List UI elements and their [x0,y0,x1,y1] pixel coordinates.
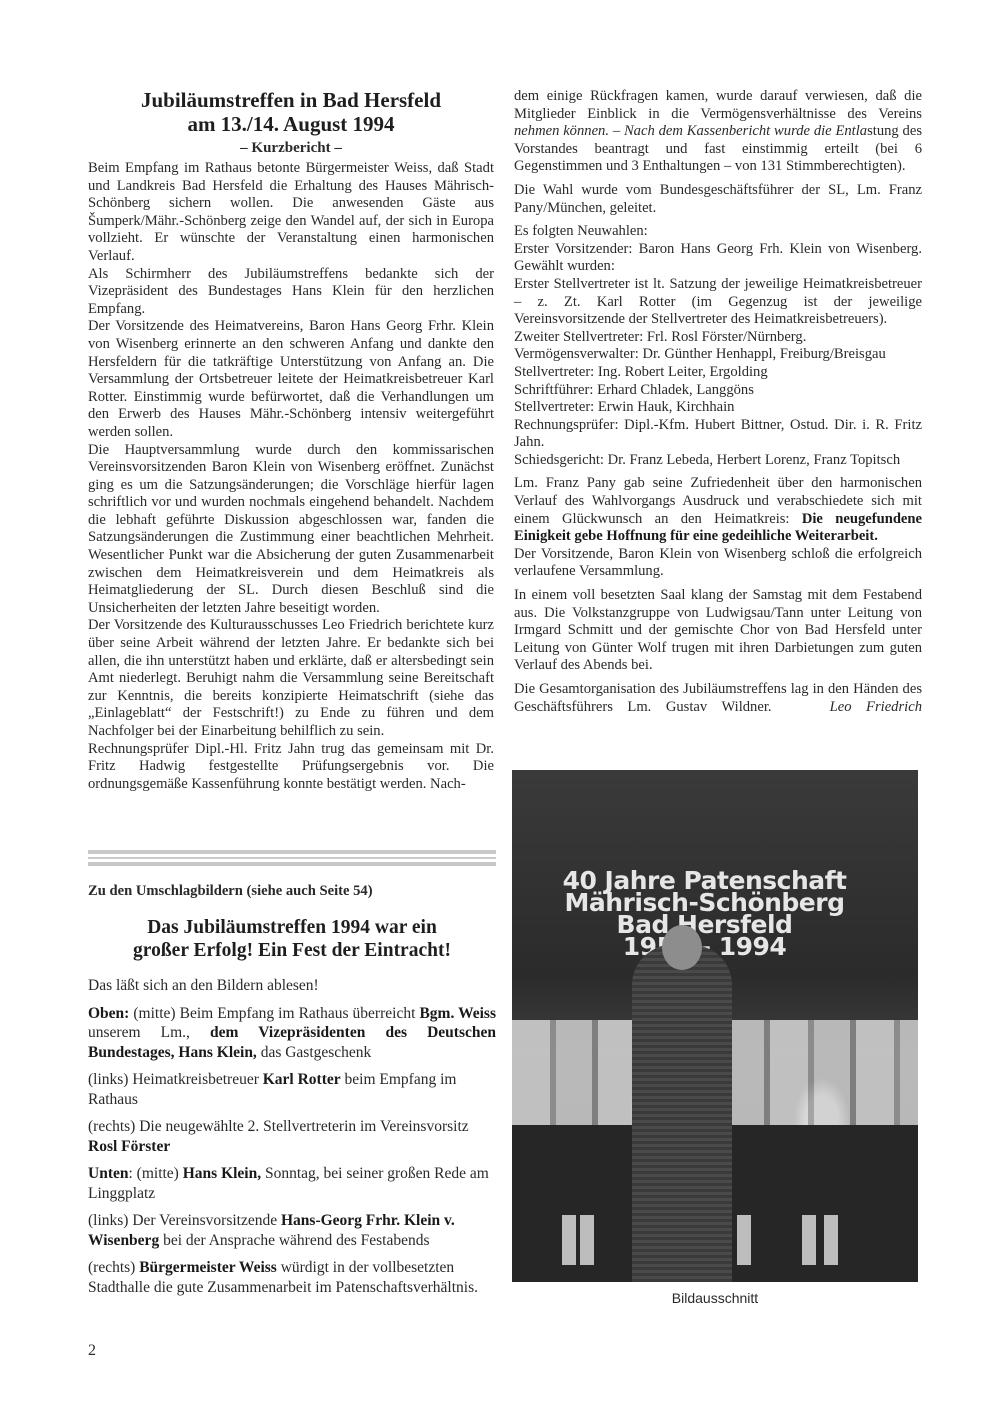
paragraph: Der Vorsitzende des Kulturausschusses Le… [88,617,494,740]
paragraph: Als Schirmherr des Jubiläumstreffens bed… [88,266,494,319]
conductor-head [662,925,702,970]
paragraph: Der Vorsitzende, Baron Klein von Wisenbe… [514,546,922,581]
election-item: Rechnungsprüfer: Dipl.-Kfm. Hubert Bittn… [514,417,922,452]
article-column-left: Jubiläumstreffen in Bad Hersfeld am 13./… [88,88,494,793]
election-item: Stellvertreter: Erwin Hauk, Kirchhain [514,399,922,417]
election-item: Vermögensverwalter: Dr. Günther Henhappl… [514,346,922,364]
election-item: Erster Stellvertreter ist lt. Satzung de… [514,276,922,329]
election-item: Zweiter Stellvertreter: Frl. Rosl Förste… [514,329,922,347]
article-column-right: dem einige Rückfragen kamen, wurde darau… [514,88,922,716]
italic-text: nehmen können. – Nach dem Kassenbericht … [514,123,867,139]
paragraph: Die Hauptversammlung wurde durch den kom… [88,442,494,618]
caption-rechts-1: (rechts) Die neugewählte 2. Stellvertret… [88,1117,496,1156]
cover-images-section: Zu den Umschlagbildern (siehe auch Seite… [88,882,496,1297]
article-subtitle: – Kurzbericht – [88,138,494,158]
paragraph: Die Wahl wurde vom Bundesgeschäftsführer… [514,182,922,217]
election-item: Schiedsgericht: Dr. Franz Lebeda, Herber… [514,452,922,470]
caption-rechts-2: (rechts) Bürgermeister Weiss würdigt in … [88,1258,496,1297]
caption-links-1: (links) Heimatkreisbetreuer Karl Rotter … [88,1070,496,1109]
article-title: Jubiläumstreffen in Bad Hersfeld am 13./… [88,88,494,136]
article-title-line1: Jubiläumstreffen in Bad Hersfeld [141,88,441,112]
section-title: Das Jubiläumstreffen 1994 war ein großer… [88,916,496,962]
paragraph: Rechnungsprüfer Dipl.-Hl. Fritz Jahn tru… [88,741,494,794]
conductor-figure [632,945,732,1282]
intro-text: Das läßt sich an den Bildern ablesen! [88,976,496,996]
caption-unten: Unten: (mitte) Hans Klein, Sonntag, bei … [88,1164,496,1203]
paragraph: Lm. Franz Pany gab seine Zufriedenheit ü… [514,475,922,545]
paragraph: Die Gesamtorganisation des Jubiläumstref… [514,681,922,716]
page-number: 2 [88,1342,96,1360]
paragraph: Beim Empfang im Rathaus betonte Bürgerme… [88,160,494,266]
photo-caption: Bildausschnitt [512,1290,918,1306]
section-heading: Zu den Umschlagbildern (siehe auch Seite… [88,882,496,900]
article-title-line2: am 13./14. August 1994 [187,112,394,136]
stage-banner: 40 Jahre Patenschaft Mährisch-Schönberg … [532,870,877,958]
election-item: Schriftführer: Erhard Chladek, Langgöns [514,382,922,400]
author-signature: Leo Friedrich [830,699,922,715]
election-item: Erster Vorsitzender: Baron Hans Georg Fr… [514,241,922,276]
election-item: Stellvertreter: Ing. Robert Leiter, Ergo… [514,364,922,382]
divider-bar [88,857,496,859]
paragraph: In einem voll besetzten Saal klang der S… [514,587,922,675]
paragraph: Der Vorsitzende des Heimatvereins, Baron… [88,318,494,441]
caption-links-2: (links) Der Vereinsvorsitzende Hans-Geor… [88,1211,496,1250]
divider-bar [88,850,496,854]
elections-intro: Es folgten Neuwahlen: [514,223,922,241]
divider-bar [88,862,496,866]
paragraph: dem einige Rückfragen kamen, wurde darau… [514,88,922,176]
caption-oben: Oben: (mitte) Beim Empfang im Rathaus üb… [88,1004,496,1063]
section-divider [88,850,496,870]
choir-photo: 40 Jahre Patenschaft Mährisch-Schönberg … [512,770,918,1282]
